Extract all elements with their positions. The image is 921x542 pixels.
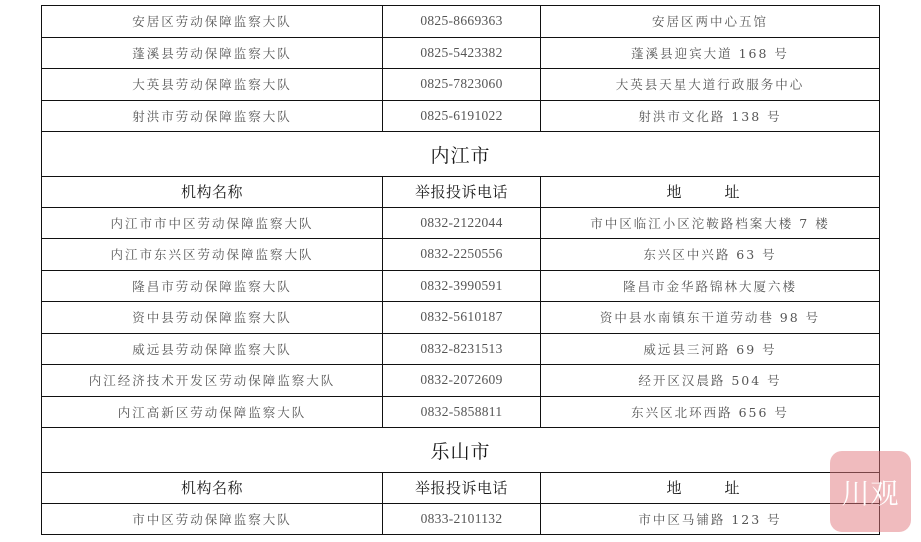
address-cell: 大英县天星大道行政服务中心 [541, 69, 880, 101]
column-header-address: 地 址 [541, 473, 880, 504]
column-header-address: 地 址 [541, 177, 880, 208]
org-name-cell: 安居区劳动保障监察大队 [42, 6, 383, 38]
address-cell: 东兴区中兴路 63 号 [541, 239, 880, 271]
org-name-cell: 市中区劳动保障监察大队 [42, 503, 383, 535]
org-name-cell: 资中县劳动保障监察大队 [42, 302, 383, 334]
table-row: 内江高新区劳动保障监察大队 0832-5858811 东兴区北环西路 656 号 [42, 396, 880, 428]
column-header-phone: 举报投诉电话 [383, 177, 541, 208]
phone-cell: 0825-7823060 [383, 69, 541, 101]
phone-cell: 0832-8231513 [383, 333, 541, 365]
column-header-row: 机构名称 举报投诉电话 地 址 [42, 473, 880, 504]
table-row: 内江经济技术开发区劳动保障监察大队 0832-2072609 经开区汉晨路 50… [42, 365, 880, 397]
address-cell: 经开区汉晨路 504 号 [541, 365, 880, 397]
org-name-cell: 内江市市中区劳动保障监察大队 [42, 207, 383, 239]
org-name-cell: 蓬溪县劳动保障监察大队 [42, 37, 383, 69]
table-row: 资中县劳动保障监察大队 0832-5610187 资中县水南镇东干道劳动巷 98… [42, 302, 880, 334]
address-cell: 隆昌市金华路锦林大厦六楼 [541, 270, 880, 302]
column-header-org-name: 机构名称 [42, 473, 383, 504]
address-cell: 市中区马铺路 123 号 [541, 503, 880, 535]
org-name-cell: 射洪市劳动保障监察大队 [42, 100, 383, 132]
city-section-header: 内江市 [42, 132, 880, 177]
column-header-org-name: 机构名称 [42, 177, 383, 208]
table-row: 蓬溪县劳动保障监察大队 0825-5423382 蓬溪县迎宾大道 168 号 [42, 37, 880, 69]
table-row: 大英县劳动保障监察大队 0825-7823060 大英县天星大道行政服务中心 [42, 69, 880, 101]
table-row: 威远县劳动保障监察大队 0832-8231513 威远县三河路 69 号 [42, 333, 880, 365]
phone-cell: 0832-2250556 [383, 239, 541, 271]
table-row: 安居区劳动保障监察大队 0825-8669363 安居区两中心五馆 [42, 6, 880, 38]
org-name-cell: 内江市东兴区劳动保障监察大队 [42, 239, 383, 271]
table-row: 市中区劳动保障监察大队 0833-2101132 市中区马铺路 123 号 [42, 503, 880, 535]
address-cell: 东兴区北环西路 656 号 [541, 396, 880, 428]
labor-inspection-contacts-table: 安居区劳动保障监察大队 0825-8669363 安居区两中心五馆 蓬溪县劳动保… [41, 5, 880, 535]
address-cell: 射洪市文化路 138 号 [541, 100, 880, 132]
table-row: 内江市市中区劳动保障监察大队 0832-2122044 市中区临江小区沱鞍路档案… [42, 207, 880, 239]
org-name-cell: 内江高新区劳动保障监察大队 [42, 396, 383, 428]
org-name-cell: 隆昌市劳动保障监察大队 [42, 270, 383, 302]
city-section-header: 乐山市 [42, 428, 880, 473]
column-header-phone: 举报投诉电话 [383, 473, 541, 504]
chuanguan-watermark-logo: 川观 [830, 451, 911, 532]
org-name-cell: 内江经济技术开发区劳动保障监察大队 [42, 365, 383, 397]
phone-cell: 0832-2072609 [383, 365, 541, 397]
org-name-cell: 威远县劳动保障监察大队 [42, 333, 383, 365]
phone-cell: 0832-5610187 [383, 302, 541, 334]
table-row: 射洪市劳动保障监察大队 0825-6191022 射洪市文化路 138 号 [42, 100, 880, 132]
phone-cell: 0832-3990591 [383, 270, 541, 302]
city-title-leshan: 乐山市 [42, 428, 880, 473]
phone-cell: 0825-6191022 [383, 100, 541, 132]
phone-cell: 0825-8669363 [383, 6, 541, 38]
phone-cell: 0833-2101132 [383, 503, 541, 535]
address-cell: 资中县水南镇东干道劳动巷 98 号 [541, 302, 880, 334]
table-row: 隆昌市劳动保障监察大队 0832-3990591 隆昌市金华路锦林大厦六楼 [42, 270, 880, 302]
address-cell: 威远县三河路 69 号 [541, 333, 880, 365]
org-name-cell: 大英县劳动保障监察大队 [42, 69, 383, 101]
phone-cell: 0832-2122044 [383, 207, 541, 239]
table-row: 内江市东兴区劳动保障监察大队 0832-2250556 东兴区中兴路 63 号 [42, 239, 880, 271]
column-header-row: 机构名称 举报投诉电话 地 址 [42, 177, 880, 208]
address-cell: 市中区临江小区沱鞍路档案大楼 7 楼 [541, 207, 880, 239]
city-title-neijiang: 内江市 [42, 132, 880, 177]
phone-cell: 0825-5423382 [383, 37, 541, 69]
address-cell: 蓬溪县迎宾大道 168 号 [541, 37, 880, 69]
phone-cell: 0832-5858811 [383, 396, 541, 428]
address-cell: 安居区两中心五馆 [541, 6, 880, 38]
